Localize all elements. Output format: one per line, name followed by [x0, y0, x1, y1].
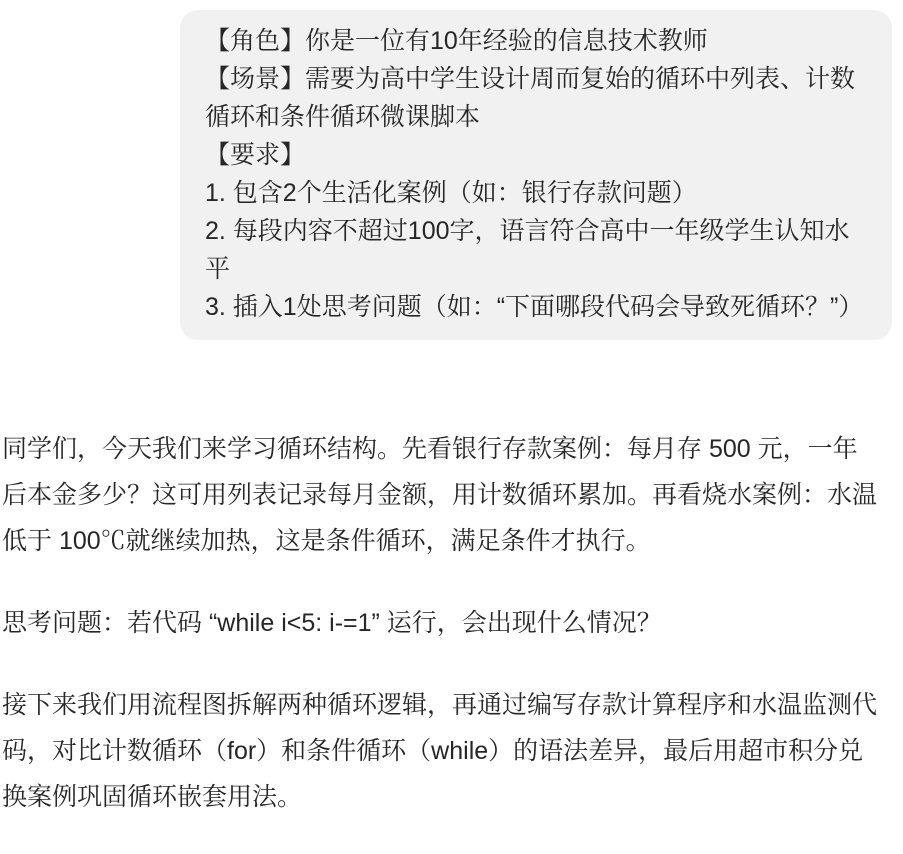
assistant-paragraph-cases: 同学们，今天我们来学习循环结构。先看银行存款案例：每月存 500 元，一年后本金…: [2, 426, 882, 564]
assistant-message: 同学们，今天我们来学习循环结构。先看银行存款案例：每月存 500 元，一年后本金…: [0, 426, 903, 820]
user-message-row: 【角色】你是一位有10年经验的信息技术教师 【场景】需要为高中学生设计周而复始的…: [0, 0, 903, 340]
chat-thread: 【角色】你是一位有10年经验的信息技术教师 【场景】需要为高中学生设计周而复始的…: [0, 0, 903, 854]
assistant-paragraph-next-steps: 接下来我们用流程图拆解两种循环逻辑，再通过编写存款计算程序和水温监测代码，对比计…: [2, 682, 882, 820]
assistant-paragraph-think-question: 思考问题：若代码 “while i<5: i-=1” 运行，会出现什么情况？: [2, 600, 882, 646]
user-message-bubble: 【角色】你是一位有10年经验的信息技术教师 【场景】需要为高中学生设计周而复始的…: [180, 10, 892, 340]
